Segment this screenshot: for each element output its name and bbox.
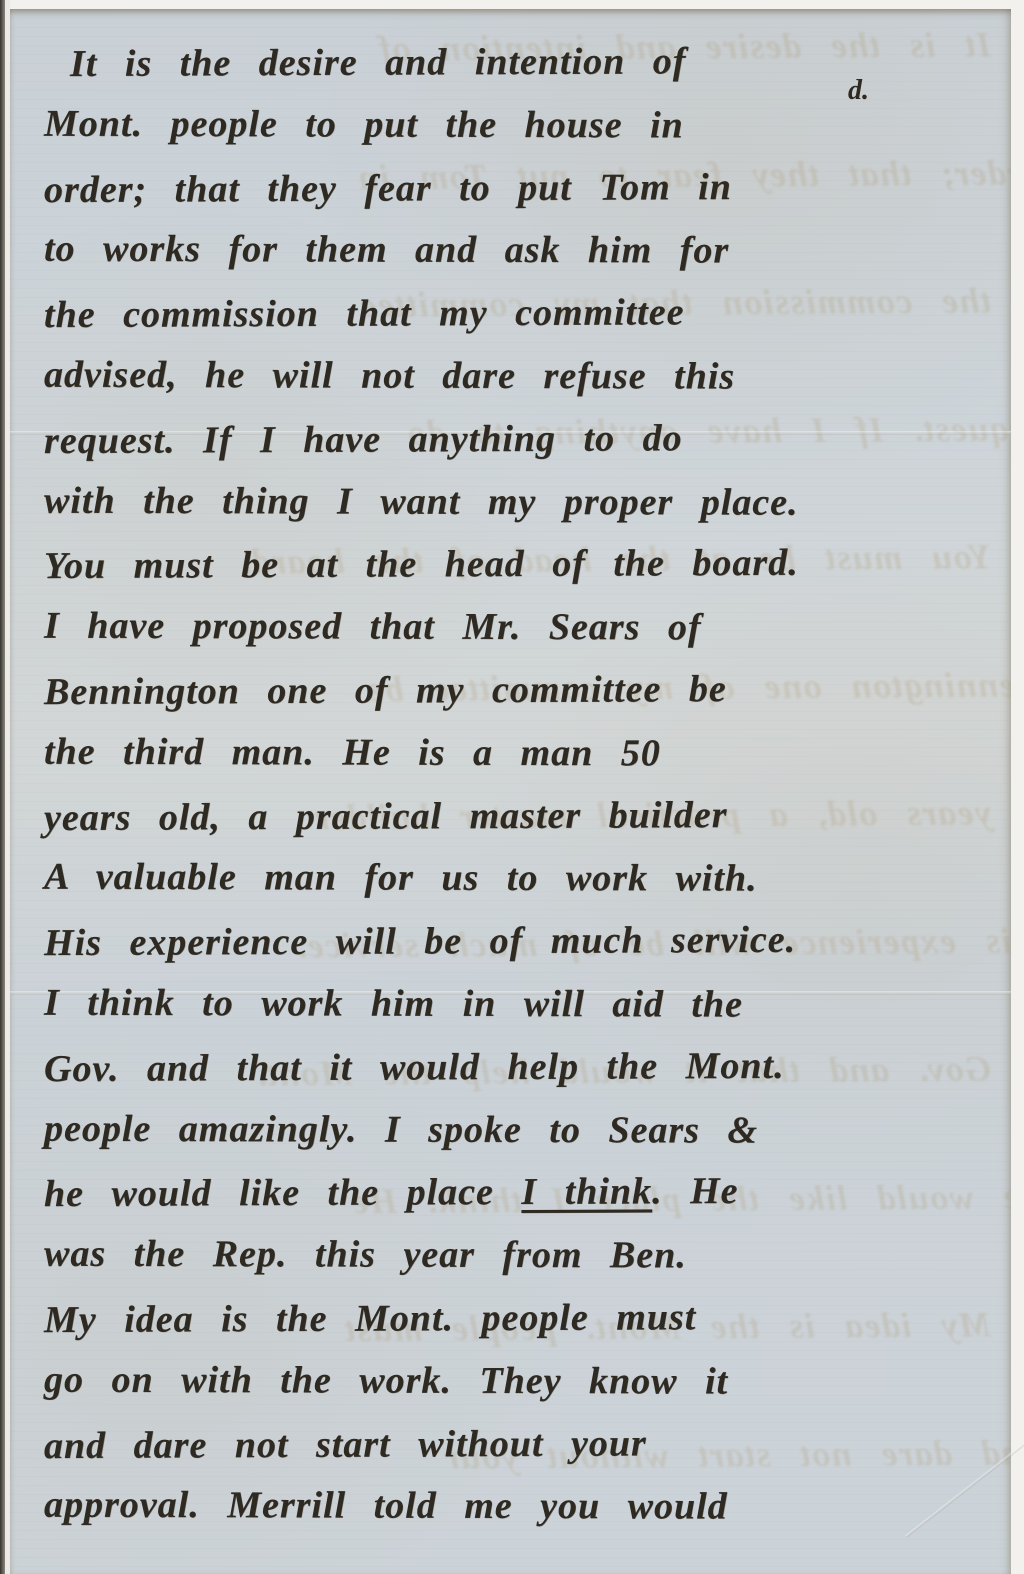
underlined-phrase: I think	[521, 1171, 652, 1214]
letter-line: I have proposed that Mr. Sears of	[44, 597, 995, 662]
scanned-letter-page: It is the desire and intention oforder; …	[0, 0, 1024, 1574]
letter-line: he would like the place I think. He	[44, 1161, 995, 1228]
letter-line: with the thing I want my proper place.	[44, 471, 995, 536]
letter-line: You must be at the head of the board.	[44, 533, 995, 600]
letter-line: go on with the work. They know it	[44, 1350, 995, 1415]
interlinear-insertion: d.	[848, 75, 869, 107]
letter-line: to works for them and ask him for	[44, 220, 995, 285]
letter-line: Gov. and that it would help the Mont.	[44, 1036, 995, 1103]
letter-line: was the Rep. this year from Ben.	[44, 1225, 995, 1290]
letter-line: I think to work him in will aid the	[44, 974, 995, 1039]
letter-line: My idea is the Mont. people must	[44, 1287, 995, 1354]
letter-line: order; that they fear to put Tom in	[44, 157, 995, 224]
scan-left-sliver	[5, 0, 10, 1574]
letter-line: people amazingly. I spoke to Sears &	[44, 1099, 995, 1164]
letter-line: His experience will be of much service.	[44, 910, 995, 977]
letter-line: A valuable man for us to work with.	[44, 848, 995, 913]
letter-line: advised, he will not dare refuse this	[44, 346, 995, 411]
letter-line: and dare not start without your	[44, 1412, 995, 1479]
letter-line: years old, a practical master builder	[44, 784, 995, 851]
letter-line: approval. Merrill told me you would	[44, 1476, 995, 1541]
letter-paper: It is the desire and intention oforder; …	[10, 9, 1011, 1574]
letter-line: the commission that my committee	[44, 282, 995, 349]
letter-lines: It is the desire and intention ofMont. p…	[44, 33, 995, 1540]
letter-line: request. If I have anything to do	[44, 408, 995, 475]
letter-line: the third man. He is a man 50	[44, 723, 995, 788]
letter-line: Bennington one of my committee be	[44, 659, 995, 726]
